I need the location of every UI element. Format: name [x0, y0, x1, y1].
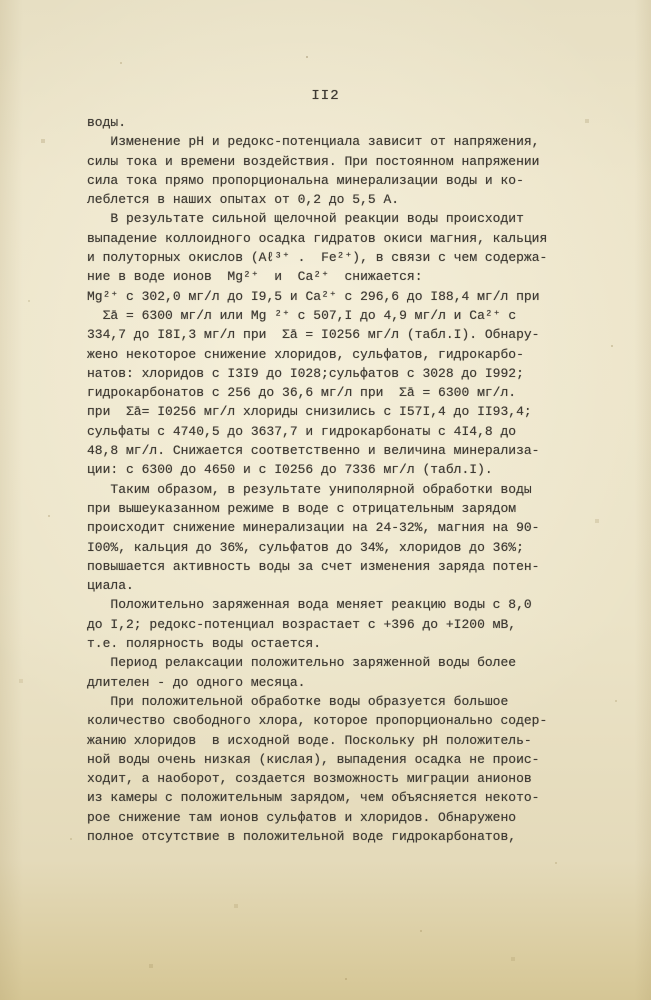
text-line: Σā = 6300 мг/л или Mg ²⁺ с 507,I до 4,9 … — [87, 306, 607, 325]
text-line: рое снижение там ионов сульфатов и хлори… — [87, 808, 607, 827]
text-line: Таким образом, в результате униполярной … — [87, 480, 607, 499]
text-line: воды. — [87, 113, 607, 132]
scanned-document-page: II2 воды. Изменение рН и редокс-потенциа… — [0, 0, 651, 1000]
text-line: количество свободного хлора, которое про… — [87, 711, 607, 730]
text-line: до I,2; редокс-потенциал возрастает с +3… — [87, 615, 607, 634]
text-line: силы тока и времени воздействия. При пос… — [87, 152, 607, 171]
text-line: леблется в наших опытах от 0,2 до 5,5 А. — [87, 190, 607, 209]
text-line: полное отсутствие в положительной воде г… — [87, 827, 607, 846]
text-line: т.е. полярность воды остается. — [87, 634, 607, 653]
text-line: при Σā= I0256 мг/л хлориды снизились с I… — [87, 402, 607, 421]
text-line: выпадение коллоидного осадка гидратов ок… — [87, 229, 607, 248]
page-number: II2 — [0, 88, 651, 104]
text-line: гидрокарбонатов с 256 до 36,6 мг/л при Σ… — [87, 383, 607, 402]
text-line: при вышеуказанном режиме в воде с отрица… — [87, 499, 607, 518]
text-line: ходит, а наоборот, создается возможность… — [87, 769, 607, 788]
typewritten-body-text: воды. Изменение рН и редокс-потенциала з… — [87, 113, 607, 846]
text-line: ции: с 6300 до 4650 и с I0256 до 7336 мг… — [87, 460, 607, 479]
text-line: Изменение рН и редокс-потенциала зависит… — [87, 132, 607, 151]
text-line: происходит снижение минерализации на 24-… — [87, 518, 607, 537]
text-line: I00%, кальция до 36%, сульфатов до 34%, … — [87, 538, 607, 557]
text-line: 334,7 до I8I,3 мг/л при Σā = I0256 мг/л … — [87, 325, 607, 344]
text-line: сульфаты с 4740,5 до 3637,7 и гидрокарбо… — [87, 422, 607, 441]
text-line: В результате сильной щелочной реакции во… — [87, 209, 607, 228]
text-line: и полуторных окислов (Аℓ³⁺ . Fe²⁺), в св… — [87, 248, 607, 267]
paper-speckles — [0, 0, 2, 2]
text-line: Положительно заряженная вода меняет реак… — [87, 595, 607, 614]
text-line: ние в воде ионов Mg²⁺ и Ca²⁺ снижается: — [87, 267, 607, 286]
text-line: жанию хлоридов в исходной воде. Поскольк… — [87, 731, 607, 750]
text-line: 48,8 мг/л. Снижается соответственно и ве… — [87, 441, 607, 460]
text-line: из камеры с положительным зарядом, чем о… — [87, 788, 607, 807]
text-line: сила тока прямо пропорциональна минерали… — [87, 171, 607, 190]
text-line: Период релаксации положительно заряженно… — [87, 653, 607, 672]
text-line: натов: хлоридов с I3I9 до I028;сульфатов… — [87, 364, 607, 383]
text-line: Mg²⁺ с 302,0 мг/л до I9,5 и Ca²⁺ с 296,6… — [87, 287, 607, 306]
text-line: ной воды очень низкая (кислая), выпадени… — [87, 750, 607, 769]
text-line: повышается активность воды за счет измен… — [87, 557, 607, 576]
text-line: длителен - до одного месяца. — [87, 673, 607, 692]
text-line: жено некоторое снижение хлоридов, сульфа… — [87, 345, 607, 364]
text-line: При положительной обработке воды образуе… — [87, 692, 607, 711]
text-line: циала. — [87, 576, 607, 595]
